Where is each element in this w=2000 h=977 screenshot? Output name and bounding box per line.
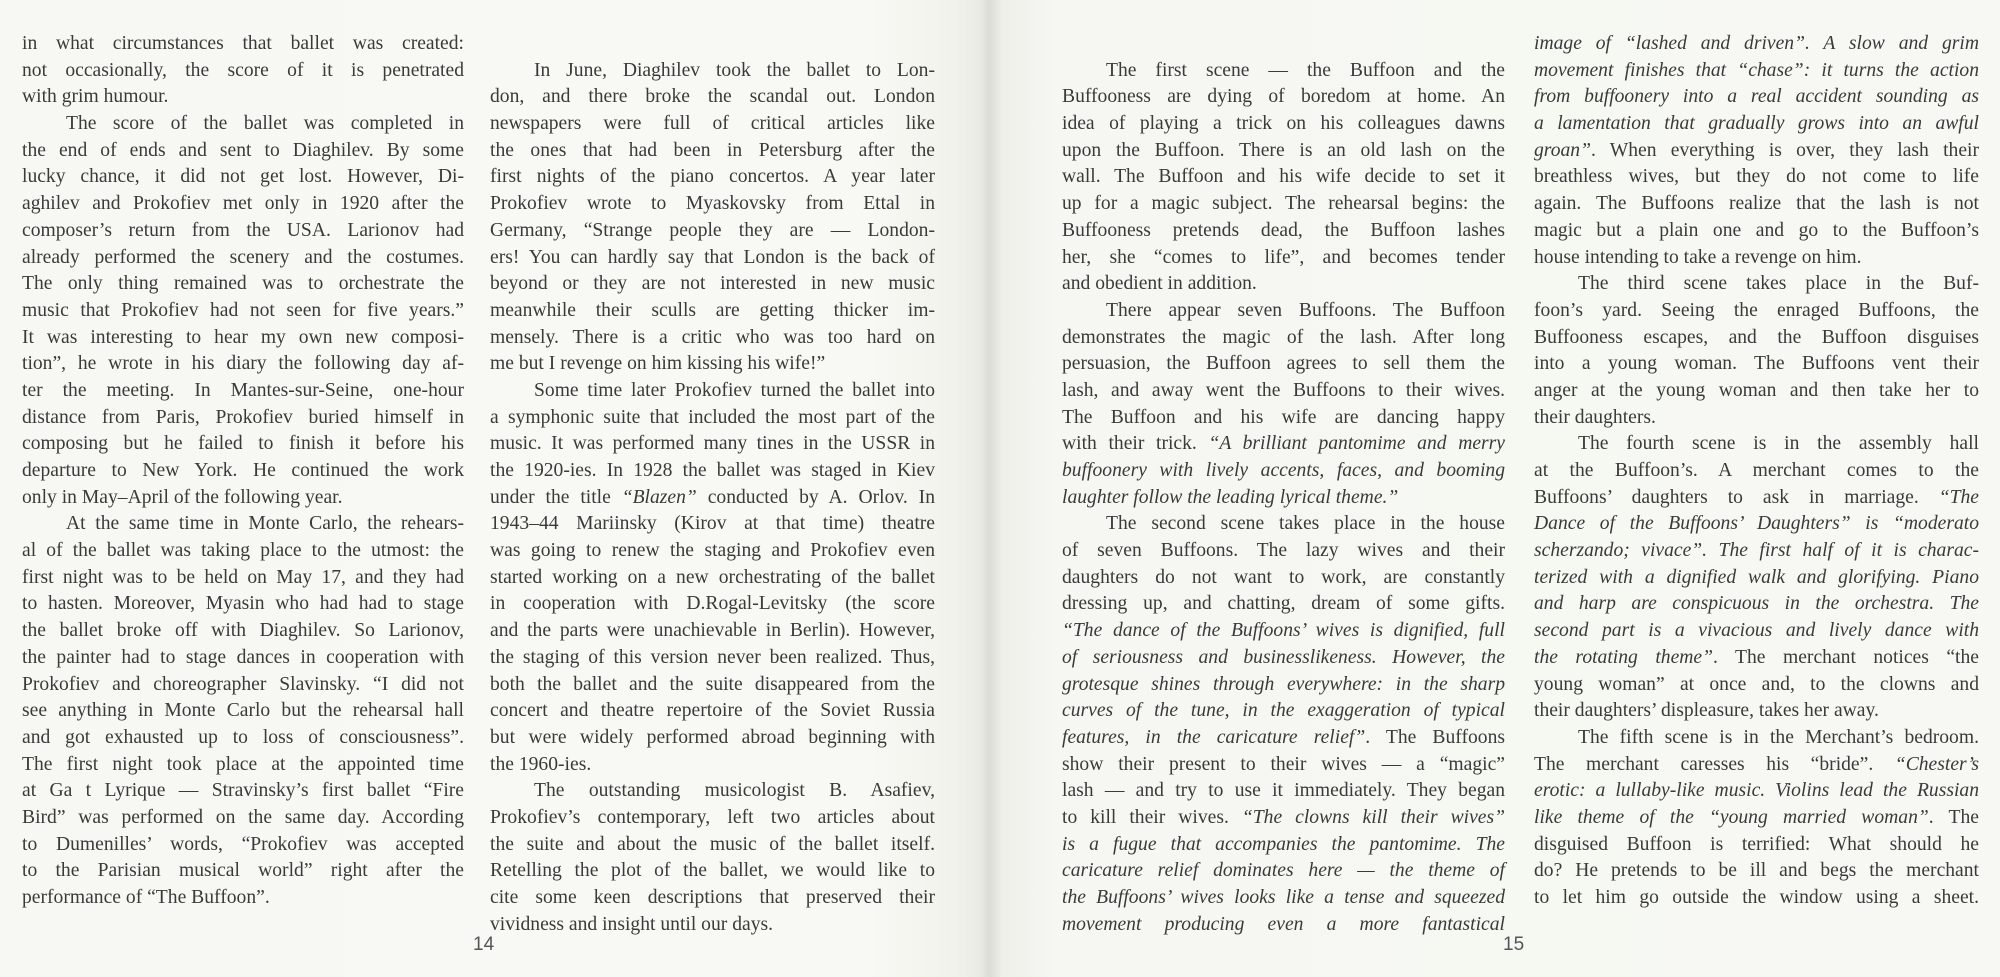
text-run: their daughters. <box>1534 407 1656 428</box>
quote-italic: and harp are conspicuous in the orchestr… <box>1534 593 1979 614</box>
text-run: The outstanding musicologist B. Asafiev, <box>534 780 935 801</box>
text-run: show their present to their wives — a “m… <box>1062 754 1505 775</box>
text-run: music. It was performed many tines in th… <box>490 433 935 454</box>
text-run: the ballet broke off with Diaghilev. So … <box>22 620 464 641</box>
text-run: lash — and try to use it immediately. Th… <box>1062 780 1505 801</box>
text-run: started working on a new orchestrating o… <box>490 567 935 588</box>
text-run: the ones that had been in Petersburg aft… <box>490 140 935 161</box>
text-line: the ballet broke off with Diaghilev. So … <box>22 618 464 645</box>
text-line: laughter follow the leading lyrical them… <box>1062 485 1505 512</box>
text-run: the painter had to stage dances in coope… <box>22 647 464 668</box>
text-run: aghilev and Prokofiev met only in 1920 a… <box>22 193 464 214</box>
quote-italic: groan” <box>1534 140 1591 161</box>
quote-italic: a lamentation that gradually grows into … <box>1534 113 1979 134</box>
quote-italic: “A brilliant pantomime and merry <box>1208 433 1505 454</box>
text-line: and got exhausted up to loss of consciou… <box>22 725 464 752</box>
text-line: magic but a plain one and go to the Buff… <box>1534 218 1979 245</box>
text-run: and obedient in addition. <box>1062 273 1257 294</box>
text-run: . The Buffoons <box>1365 727 1505 748</box>
text-line: The second scene takes place in the hous… <box>1062 511 1505 538</box>
text-line: the staging of this version never been r… <box>490 645 935 672</box>
text-line: dressing up, and chatting, dream of some… <box>1062 591 1505 618</box>
text-line: house intending to take a revenge on him… <box>1534 245 1979 272</box>
text-line: foon’s yard. Seeing the enraged Buffoons… <box>1534 298 1979 325</box>
text-run: composer’s return from the USA. Larionov… <box>22 220 464 241</box>
quote-italic: grotesque shines through everywhere: in … <box>1062 674 1505 695</box>
text-line: caricature relief dominates here — the t… <box>1062 858 1505 885</box>
text-line: The outstanding musicologist B. Asafiev, <box>490 778 935 805</box>
text-run: to the Parisian musical world” right aft… <box>22 860 464 881</box>
text-line: ter the meeting. In Mantes-sur-Seine, on… <box>22 378 464 405</box>
text-line: Germany, “Strange people they are — Lond… <box>490 218 935 245</box>
text-run: into a young woman. The Buffoons vent th… <box>1534 353 1979 374</box>
text-run: The first scene — the Buffoon and the <box>1106 60 1505 81</box>
text-line: her, she “comes to life”, and becomes te… <box>1062 245 1505 272</box>
text-line: to hasten. Moreover, Myasin who had had … <box>22 591 464 618</box>
text-run: dressing up, and chatting, dream of some… <box>1062 593 1505 614</box>
text-line: movement producing even a more fantastic… <box>1062 912 1505 939</box>
text-line: curves of the tune, in the exaggeration … <box>1062 698 1505 725</box>
text-line: lash — and try to use it immediately. Th… <box>1062 778 1505 805</box>
quote-italic: like theme of the “young married woman” <box>1534 807 1929 828</box>
quote-italic: erotic: a lullaby-like music. Violins le… <box>1534 780 1979 801</box>
text-line: At the same time in Monte Carlo, the reh… <box>22 511 464 538</box>
text-run: at the Buffoon’s. A merchant comes to th… <box>1534 460 1979 481</box>
text-run: Prokofiev and choreographer Slavinsky. “… <box>22 674 464 695</box>
text-line: the 1960-ies. <box>490 752 935 779</box>
text-line: al of the ballet was taking place to the… <box>22 538 464 565</box>
quote-italic: the Buffoons’ wives looks like a tense a… <box>1062 887 1505 908</box>
text-run: only in May–April of the following year. <box>22 487 343 508</box>
text-line: to Dumenilles’ words, “Prokofiev was acc… <box>22 832 464 859</box>
text-run: breathless wives, but they do not come t… <box>1534 166 1979 187</box>
text-run: persuasion, the Buffoon agrees to sell t… <box>1062 353 1505 374</box>
text-line: show their present to their wives — a “m… <box>1062 752 1505 779</box>
text-run: a symphonic suite that included the most… <box>490 407 935 428</box>
quote-italic: the rotating theme” <box>1534 647 1713 668</box>
booklet-spread: in what circumstances that ballet was cr… <box>0 0 2000 977</box>
text-line: terized with a dignified walk and glorif… <box>1534 565 1979 592</box>
text-line: erotic: a lullaby-like music. Violins le… <box>1534 778 1979 805</box>
quote-italic: curves of the tune, in the exaggeration … <box>1062 700 1505 721</box>
text-line: at Ga t Lyrique — Stravinsky’s first bal… <box>22 778 464 805</box>
text-run: the 1920-ies. In 1928 the ballet was sta… <box>490 460 935 481</box>
text-run: to Dumenilles’ words, “Prokofiev was acc… <box>22 834 464 855</box>
text-run: At the same time in Monte Carlo, the reh… <box>66 513 464 534</box>
text-run: up for a magic subject. The rehearsal be… <box>1062 193 1505 214</box>
text-line: “The dance of the Buffoons’ wives is dig… <box>1062 618 1505 645</box>
text-run: daughters do not want to work, are const… <box>1062 567 1505 588</box>
text-line: into a young woman. The Buffoons vent th… <box>1534 351 1979 378</box>
text-line: the rotating theme”. The merchant notice… <box>1534 645 1979 672</box>
quote-italic: “Chester’s <box>1895 754 1979 775</box>
text-run: departure to New York. He continued the … <box>22 460 464 481</box>
text-line: demonstrates the magic of the lash. Afte… <box>1062 325 1505 352</box>
text-run: with their trick. <box>1062 433 1208 454</box>
text-line: already performed the scenery and the co… <box>22 245 464 272</box>
text-line: Buffooness escapes, and the Buffoon disg… <box>1534 325 1979 352</box>
text-line: lucky chance, it did not get lost. Howev… <box>22 164 464 191</box>
text-run: The only thing remained was to orchestra… <box>22 273 464 294</box>
text-run: concert and theatre repertoire of the So… <box>490 700 935 721</box>
text-run: The fifth scene is in the Merchant’s bed… <box>1578 727 1979 748</box>
text-line: music. It was performed many tines in th… <box>490 431 935 458</box>
text-run: The merchant caresses his “bride”. <box>1534 754 1895 775</box>
text-line: under the title “Blazen” conducted by A.… <box>490 485 935 512</box>
text-line: is a fugue that accompanies the pantomim… <box>1062 832 1505 859</box>
text-run: wall. The Buffoon and his wife decide to… <box>1062 166 1505 187</box>
text-line: Bird” was performed on the same day. Acc… <box>22 805 464 832</box>
text-run: . The <box>1929 807 1979 828</box>
quote-italic: “The clowns kill their wives” <box>1242 807 1505 828</box>
text-run: The second scene takes place in the hous… <box>1106 513 1505 534</box>
text-line: Dance of the Buffoons’ Daughters” is “mo… <box>1534 511 1979 538</box>
text-line <box>1062 31 1505 58</box>
text-line: both the ballet and the suite disappeare… <box>490 672 935 699</box>
quote-italic: caricature relief dominates here — the t… <box>1062 860 1505 881</box>
page-number-right: 15 <box>1503 934 1524 956</box>
text-run: vividness and insight until our days. <box>490 914 773 935</box>
quote-italic: from buffoonery into a real accident sou… <box>1534 86 1979 107</box>
text-run: to hasten. Moreover, Myasin who had had … <box>22 593 464 614</box>
text-line: performance of “The Buffoon”. <box>22 885 464 912</box>
text-run: don, and there broke the scandal out. Lo… <box>490 86 935 107</box>
text-line: tion”, he wrote in his diary the followi… <box>22 351 464 378</box>
text-line: of seven Buffoons. The lazy wives and th… <box>1062 538 1505 565</box>
text-run: to kill their wives. <box>1062 807 1242 828</box>
text-line: The third scene takes place in the Buf- <box>1534 271 1979 298</box>
text-run: foon’s yard. Seeing the enraged Buffoons… <box>1534 300 1979 321</box>
text-line: to let him go outside the window using a… <box>1534 885 1979 912</box>
quote-italic: is a fugue that accompanies the pantomim… <box>1062 834 1505 855</box>
text-run: ter the meeting. In Mantes-sur-Seine, on… <box>22 380 464 401</box>
text-line: like theme of the “young married woman”.… <box>1534 805 1979 832</box>
text-line <box>490 31 935 58</box>
text-line: a lamentation that gradually grows into … <box>1534 111 1979 138</box>
text-run: distance from Paris, Prokofiev buried hi… <box>22 407 464 428</box>
text-line: ers! You can hardly say that London is t… <box>490 245 935 272</box>
text-line: It was interesting to hear my own new co… <box>22 325 464 352</box>
text-line: aghilev and Prokofiev met only in 1920 a… <box>22 191 464 218</box>
text-line: Prokofiev’s contemporary, left two artic… <box>490 805 935 832</box>
text-line: and the parts were unachievable in Berli… <box>490 618 935 645</box>
text-run: al of the ballet was taking place to the… <box>22 540 464 561</box>
text-line: beyond or they are not interested in new… <box>490 271 935 298</box>
quote-italic: features, in the caricature relief” <box>1062 727 1365 748</box>
text-line: In June, Diaghilev took the ballet to Lo… <box>490 58 935 85</box>
text-run: her, she “comes to life”, and becomes te… <box>1062 247 1505 268</box>
text-line: meanwhile their sculls are getting thick… <box>490 298 935 325</box>
text-run: music that Prokofiev had not seen for fi… <box>22 300 464 321</box>
text-line: again. The Buffoons realize that the las… <box>1534 191 1979 218</box>
text-run: composing but he failed to finish it bef… <box>22 433 464 454</box>
quote-italic: terized with a dignified walk and glorif… <box>1534 567 1979 588</box>
text-line: but were widely performed abroad beginni… <box>490 725 935 752</box>
quote-italic: buffoonery with lively accents, faces, a… <box>1062 460 1505 481</box>
text-line: newspapers were full of critical article… <box>490 111 935 138</box>
text-line: to kill their wives. “The clowns kill th… <box>1062 805 1505 832</box>
text-line: daughters do not want to work, are const… <box>1062 565 1505 592</box>
text-line: cite some keen descriptions that preserv… <box>490 885 935 912</box>
text-line: 1943–44 Mariinsky (Kirov at that time) t… <box>490 511 935 538</box>
text-run: . When everything is over, they lash the… <box>1591 140 1979 161</box>
text-run: the staging of this version never been r… <box>490 647 935 668</box>
text-line: me but I revenge on him kissing his wife… <box>490 351 935 378</box>
text-line: the painter had to stage dances in coope… <box>22 645 464 672</box>
text-line: the 1920-ies. In 1928 the ballet was sta… <box>490 458 935 485</box>
text-run: Buffoons’ daughters to ask in marriage. <box>1534 487 1939 508</box>
text-line: a symphonic suite that included the most… <box>490 405 935 432</box>
text-line: mensely. There is a critic who was too h… <box>490 325 935 352</box>
text-run: Buffooness are dying of boredom at home.… <box>1062 86 1505 107</box>
quote-italic: Dance of the Buffoons’ Daughters” is “mo… <box>1534 513 1979 534</box>
text-line: up for a magic subject. The rehearsal be… <box>1062 191 1505 218</box>
text-run: cite some keen descriptions that preserv… <box>490 887 935 908</box>
text-run: me but I revenge on him kissing his wife… <box>490 353 825 374</box>
text-line: young woman” at once and, to the clowns … <box>1534 672 1979 699</box>
text-run: and the parts were unachievable in Berli… <box>490 620 935 641</box>
text-line: The first night took place at the appoin… <box>22 752 464 779</box>
text-line: departure to New York. He continued the … <box>22 458 464 485</box>
text-run: first night was to be held on May 17, an… <box>22 567 464 588</box>
text-line: groan”. When everything is over, they la… <box>1534 138 1979 165</box>
text-run: Buffooness escapes, and the Buffoon disg… <box>1534 327 1979 348</box>
text-line: the suite and about the music of the bal… <box>490 832 935 859</box>
text-run: was going to renew the staging and Proko… <box>490 540 935 561</box>
text-column-1: in what circumstances that ballet was cr… <box>22 31 464 912</box>
text-run: performance of “The Buffoon”. <box>22 887 270 908</box>
text-line: their daughters’ displeasure, takes her … <box>1534 698 1979 725</box>
text-line: to the Parisian musical world” right aft… <box>22 858 464 885</box>
text-run: The first night took place at the appoin… <box>22 754 464 775</box>
text-run: their daughters’ displeasure, takes her … <box>1534 700 1879 721</box>
text-line: composing but he failed to finish it bef… <box>22 431 464 458</box>
text-column-2: In June, Diaghilev took the ballet to Lo… <box>490 31 935 938</box>
text-line: upon the Buffoon. There is an old lash o… <box>1062 138 1505 165</box>
text-run: The score of the ballet was completed in <box>66 113 464 134</box>
text-run: house intending to take a revenge on him… <box>1534 247 1862 268</box>
text-line: Prokofiev and choreographer Slavinsky. “… <box>22 672 464 699</box>
text-run: Buffooness pretends dead, the Buffoon la… <box>1062 220 1505 241</box>
text-line: Retelling the plot of the ballet, we wou… <box>490 858 935 885</box>
text-line: at the Buffoon’s. A merchant comes to th… <box>1534 458 1979 485</box>
text-run: Some time later Prokofiev turned the bal… <box>534 380 935 401</box>
text-line: and obedient in addition. <box>1062 271 1505 298</box>
text-run: with grim humour. <box>22 86 168 107</box>
text-line: lash, and away went the Buffoons to thei… <box>1062 378 1505 405</box>
text-run: It was interesting to hear my own new co… <box>22 327 464 348</box>
text-run: The Buffoon and his wife are dancing hap… <box>1062 407 1505 428</box>
text-line: see anything in Monte Carlo but the rehe… <box>22 698 464 725</box>
text-line: disguised Buffoon is terrified: What sho… <box>1534 832 1979 859</box>
text-run: and got exhausted up to loss of consciou… <box>22 727 464 748</box>
text-run: idea of playing a trick on his colleague… <box>1062 113 1505 134</box>
text-line: started working on a new orchestrating o… <box>490 565 935 592</box>
text-line: The fifth scene is in the Merchant’s bed… <box>1534 725 1979 752</box>
text-line: second part is a vivacious and lively da… <box>1534 618 1979 645</box>
text-run: already performed the scenery and the co… <box>22 247 464 268</box>
text-run: in cooperation with D.Rogal-Levitsky (th… <box>490 593 935 614</box>
page-left: in what circumstances that ballet was cr… <box>0 0 985 977</box>
text-line: image of “lashed and driven”. A slow and… <box>1534 31 1979 58</box>
text-line: with grim humour. <box>22 84 464 111</box>
text-line: There appear seven Buffoons. The Buffoon <box>1062 298 1505 325</box>
text-line: the end of ends and sent to Diaghilev. B… <box>22 138 464 165</box>
text-run: of seven Buffoons. The lazy wives and th… <box>1062 540 1505 561</box>
text-line: do? He pretends to be ill and begs the m… <box>1534 858 1979 885</box>
text-run: The fourth scene is in the assembly hall <box>1578 433 1979 454</box>
text-run: The third scene takes place in the Buf- <box>1578 273 1979 294</box>
text-run: disguised Buffoon is terrified: What sho… <box>1534 834 1979 855</box>
text-line: in what circumstances that ballet was cr… <box>22 31 464 58</box>
text-run: the 1960-ies. <box>490 754 591 775</box>
text-run: Retelling the plot of the ballet, we wou… <box>490 860 935 881</box>
text-run: beyond or they are not interested in new… <box>490 273 935 294</box>
text-line: breathless wives, but they do not come t… <box>1534 164 1979 191</box>
text-line: composer’s return from the USA. Larionov… <box>22 218 464 245</box>
text-line: the ones that had been in Petersburg aft… <box>490 138 935 165</box>
text-run: not occasionally, the score of it is pen… <box>22 60 464 81</box>
text-run: lucky chance, it did not get lost. Howev… <box>22 166 464 187</box>
text-run: but were widely performed abroad beginni… <box>490 727 935 748</box>
text-run: magic but a plain one and go to the Buff… <box>1534 220 1979 241</box>
book-gutter <box>980 0 1002 977</box>
text-run: lash, and away went the Buffoons to thei… <box>1062 380 1505 401</box>
text-column-4: image of “lashed and driven”. A slow and… <box>1534 31 1979 912</box>
text-run: . The merchant notices “the <box>1713 647 1979 668</box>
quote-italic: “The <box>1939 487 1979 508</box>
quote-italic: image of “lashed and driven”. A slow and… <box>1534 33 1979 54</box>
text-line: Some time later Prokofiev turned the bal… <box>490 378 935 405</box>
text-run: Germany, “Strange people they are — Lond… <box>490 220 935 241</box>
text-line: and harp are conspicuous in the orchestr… <box>1534 591 1979 618</box>
page-number-left: 14 <box>473 934 494 956</box>
text-run: see anything in Monte Carlo but the rehe… <box>22 700 464 721</box>
text-run: meanwhile their sculls are getting thick… <box>490 300 935 321</box>
text-line: The only thing remained was to orchestra… <box>22 271 464 298</box>
text-run: first nights of the piano concertos. A y… <box>490 166 935 187</box>
text-run: anger at the young woman and then take h… <box>1534 380 1979 401</box>
text-line: first night was to be held on May 17, an… <box>22 565 464 592</box>
quote-italic: scherzando; vivace”. The first half of i… <box>1534 540 1979 561</box>
text-run: at Ga t Lyrique — Stravinsky’s first bal… <box>22 780 464 801</box>
text-line: The Buffoon and his wife are dancing hap… <box>1062 405 1505 432</box>
text-line: with their trick. “A brilliant pantomime… <box>1062 431 1505 458</box>
text-run: In June, Diaghilev took the ballet to Lo… <box>534 60 935 81</box>
text-line: their daughters. <box>1534 405 1979 432</box>
text-run: the suite and about the music of the bal… <box>490 834 935 855</box>
text-line: concert and theatre repertoire of the So… <box>490 698 935 725</box>
text-line: the Buffoons’ wives looks like a tense a… <box>1062 885 1505 912</box>
text-line: Prokofiev wrote to Myaskovsky from Ettal… <box>490 191 935 218</box>
text-line: don, and there broke the scandal out. Lo… <box>490 84 935 111</box>
text-line: music that Prokofiev had not seen for fi… <box>22 298 464 325</box>
text-run: newspapers were full of critical article… <box>490 113 935 134</box>
text-run: young woman” at once and, to the clowns … <box>1534 674 1979 695</box>
text-line: movement finishes that “chase”: it turns… <box>1534 58 1979 85</box>
text-run: ers! You can hardly say that London is t… <box>490 247 935 268</box>
text-run: the end of ends and sent to Diaghilev. B… <box>22 140 464 161</box>
text-run: again. The Buffoons realize that the las… <box>1534 193 1979 214</box>
quote-italic: “Blazen” <box>622 487 697 508</box>
text-line: wall. The Buffoon and his wife decide to… <box>1062 164 1505 191</box>
text-line: persuasion, the Buffoon agrees to sell t… <box>1062 351 1505 378</box>
text-line: from buffoonery into a real accident sou… <box>1534 84 1979 111</box>
text-line: idea of playing a trick on his colleague… <box>1062 111 1505 138</box>
text-run: Prokofiev wrote to Myaskovsky from Ettal… <box>490 193 935 214</box>
text-line: features, in the caricature relief”. The… <box>1062 725 1505 752</box>
text-line: of seriousness and businesslikeness. How… <box>1062 645 1505 672</box>
text-line: vividness and insight until our days. <box>490 912 935 939</box>
text-line: The fourth scene is in the assembly hall <box>1534 431 1979 458</box>
text-run: do? He pretends to be ill and begs the m… <box>1534 860 1979 881</box>
text-line: first nights of the piano concertos. A y… <box>490 164 935 191</box>
text-run: to let him go outside the window using a… <box>1534 887 1979 908</box>
text-run: both the ballet and the suite disappeare… <box>490 674 935 695</box>
text-run: in what circumstances that ballet was cr… <box>22 33 464 54</box>
text-column-3: The first scene — the Buffoon and theBuf… <box>1062 31 1505 938</box>
text-run: Prokofiev’s contemporary, left two artic… <box>490 807 935 828</box>
text-run: There appear seven Buffoons. The Buffoon <box>1106 300 1505 321</box>
text-line: The first scene — the Buffoon and the <box>1062 58 1505 85</box>
quote-italic: laughter follow the leading lyrical them… <box>1062 487 1398 508</box>
quote-italic: second part is a vivacious and lively da… <box>1534 620 1979 641</box>
text-line: only in May–April of the following year. <box>22 485 464 512</box>
text-line: buffoonery with lively accents, faces, a… <box>1062 458 1505 485</box>
text-run: Bird” was performed on the same day. Acc… <box>22 807 464 828</box>
quote-italic: of seriousness and businesslikeness. How… <box>1062 647 1505 668</box>
page-right: The first scene — the Buffoon and theBuf… <box>985 0 2000 977</box>
text-run: demonstrates the magic of the lash. Afte… <box>1062 327 1505 348</box>
text-line: The merchant caresses his “bride”. “Ches… <box>1534 752 1979 779</box>
text-line: Buffooness pretends dead, the Buffoon la… <box>1062 218 1505 245</box>
text-line: anger at the young woman and then take h… <box>1534 378 1979 405</box>
text-line: was going to renew the staging and Proko… <box>490 538 935 565</box>
text-line: The score of the ballet was completed in <box>22 111 464 138</box>
text-line: not occasionally, the score of it is pen… <box>22 58 464 85</box>
text-run: tion”, he wrote in his diary the followi… <box>22 353 464 374</box>
text-line: in cooperation with D.Rogal-Levitsky (th… <box>490 591 935 618</box>
quote-italic: “The dance of the Buffoons’ wives is dig… <box>1062 620 1505 641</box>
quote-italic: movement producing even a more fantastic… <box>1062 914 1505 935</box>
text-run: under the title <box>490 487 622 508</box>
text-run: mensely. There is a critic who was too h… <box>490 327 935 348</box>
text-line: Buffoons’ daughters to ask in marriage. … <box>1534 485 1979 512</box>
text-line: distance from Paris, Prokofiev buried hi… <box>22 405 464 432</box>
text-line: grotesque shines through everywhere: in … <box>1062 672 1505 699</box>
text-run: 1943–44 Mariinsky (Kirov at that time) t… <box>490 513 935 534</box>
quote-italic: movement finishes that “chase”: it turns… <box>1534 60 1979 81</box>
text-line: Buffooness are dying of boredom at home.… <box>1062 84 1505 111</box>
text-run: upon the Buffoon. There is an old lash o… <box>1062 140 1505 161</box>
text-run: conducted by A. Orlov. In <box>697 487 935 508</box>
text-line: scherzando; vivace”. The first half of i… <box>1534 538 1979 565</box>
